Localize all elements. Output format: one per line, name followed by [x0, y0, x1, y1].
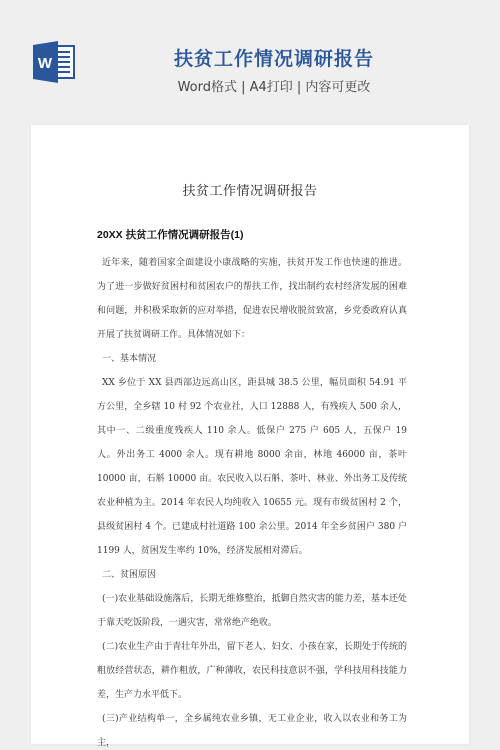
document-page: 扶贫工作情况调研报告 20XX 扶贫工作情况调研报告(1) 近年来，随着国家全面…	[31, 125, 469, 744]
paragraph-intro: 近年来，随着国家全面建设小康战略的实施，扶贫开发工作也快速的推进。为了进一步做好…	[97, 251, 407, 347]
format-info: Word格式 | A4打印 | 内容可更改	[0, 76, 500, 95]
document-title: 扶贫工作情况调研报告	[31, 180, 469, 199]
paragraph-cause-2: (二)农业生产由于青壮年外出，留下老人、妇女、小孩在家，长期处于传统的粗放经营状…	[97, 635, 407, 707]
section-heading-basic-situation: 一、基本情况	[97, 347, 407, 371]
document-subtitle: 20XX 扶贫工作情况调研报告(1)	[97, 225, 407, 245]
page-header: W 扶贫工作情况调研报告 Word格式 | A4打印 | 内容可更改	[0, 0, 500, 120]
paragraph-cause-1: (一)农业基础设施落后，长期无维修整治，抵御自然灾害的能力差，基本还处于靠天吃饭…	[97, 587, 407, 635]
page-title: 扶贫工作情况调研报告	[0, 44, 500, 71]
section-heading-poverty-causes: 二、贫困原因	[97, 563, 407, 587]
paragraph-basic-situation: XX 乡位于 XX 县西部边远高山区，距县城 38.5 公里，幅员面积 54.9…	[97, 371, 407, 563]
document-body: 20XX 扶贫工作情况调研报告(1) 近年来，随着国家全面建设小康战略的实施，扶…	[97, 225, 407, 750]
paragraph-cause-3: (三)产业结构单一，全乡属纯农业乡镇，无工业企业，收入以农业和务工为主，	[97, 707, 407, 750]
